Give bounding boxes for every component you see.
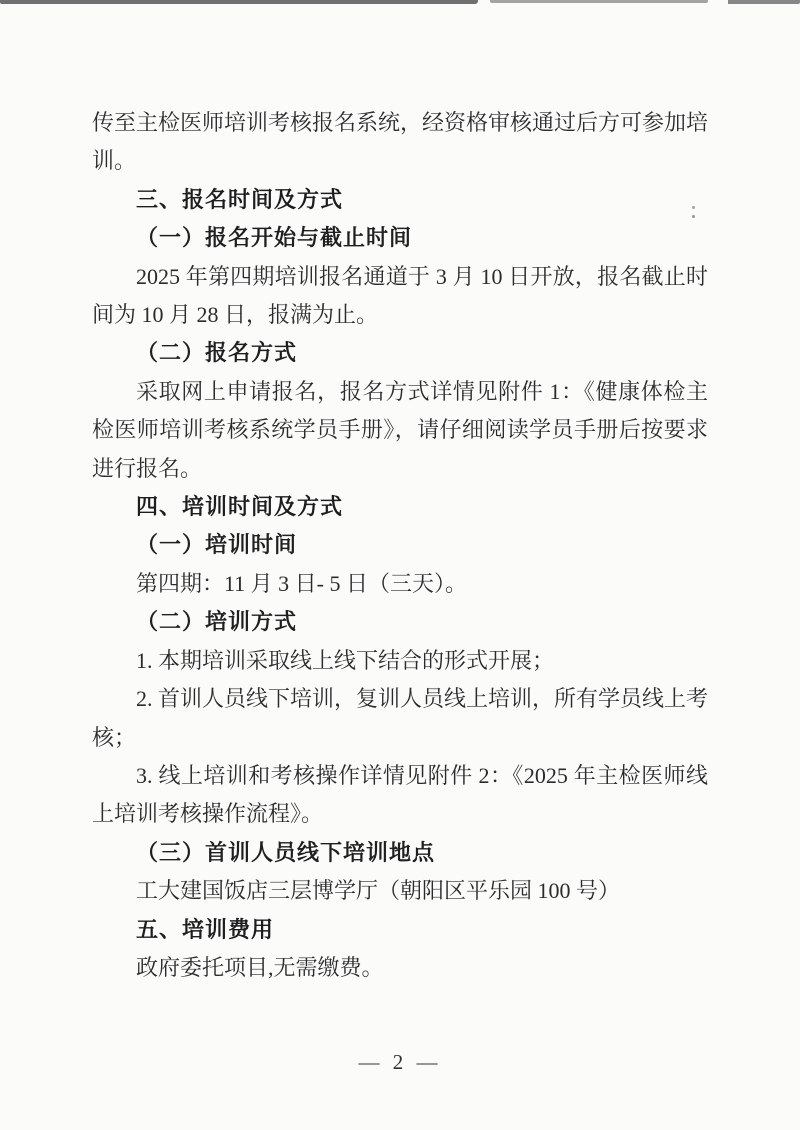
scan-artifact-top-middle: [490, 0, 708, 3]
doc-line: 采取网上申请报名，报名方式详情见附件 1：《健康体检主: [92, 373, 708, 411]
subsection-heading: （二）培训方式: [92, 603, 708, 641]
subsection-heading: （一）报名开始与截止时间: [92, 219, 708, 257]
doc-line: 1. 本期培训采取线上线下结合的形式开展；: [92, 642, 708, 680]
doc-line: 检医师培训考核系统学员手册》，请仔细阅读学员手册后按要求: [92, 411, 708, 449]
section-heading: 五、培训费用: [92, 911, 708, 949]
doc-line: 间为 10 月 28 日，报满为止。: [92, 296, 708, 334]
section-heading: 三、报名时间及方式: [92, 181, 708, 219]
subsection-heading: （二）报名方式: [92, 334, 708, 372]
doc-line: 第四期：11 月 3 日- 5 日（三天）。: [92, 565, 708, 603]
subsection-heading: （一）培训时间: [92, 526, 708, 564]
document-content: 传至主检医师培训考核报名系统，经资格审核通过后方可参加培 训。 三、报名时间及方…: [92, 104, 708, 987]
subsection-heading: （三）首训人员线下培训地点: [92, 834, 708, 872]
doc-line: 训。: [92, 142, 708, 180]
doc-line: 2. 首训人员线下培训，复训人员线上培训，所有学员线上考: [92, 680, 708, 718]
doc-line: 工大建国饭店三层博学厅（朝阳区平乐园 100 号）: [92, 872, 708, 910]
doc-line: 上培训考核操作流程》。: [92, 795, 708, 833]
scan-artifact-top-right: [728, 0, 800, 4]
doc-line: 核；: [92, 719, 708, 757]
doc-line: 2025 年第四期培训报名通道于 3 月 10 日开放，报名截止时: [92, 258, 708, 296]
doc-line: 政府委托项目,无需缴费。: [92, 949, 708, 987]
page-number: — 2 —: [0, 1050, 800, 1075]
scan-artifact-top-left: [0, 0, 478, 4]
doc-line: 3. 线上培训和考核操作详情见附件 2：《2025 年主检医师线: [92, 757, 708, 795]
doc-line: 进行报名。: [92, 450, 708, 488]
doc-line: 传至主检医师培训考核报名系统，经资格审核通过后方可参加培: [92, 104, 708, 142]
section-heading: 四、培训时间及方式: [92, 488, 708, 526]
document-page: 传至主检医师培训考核报名系统，经资格审核通过后方可参加培 训。 三、报名时间及方…: [0, 0, 800, 1130]
